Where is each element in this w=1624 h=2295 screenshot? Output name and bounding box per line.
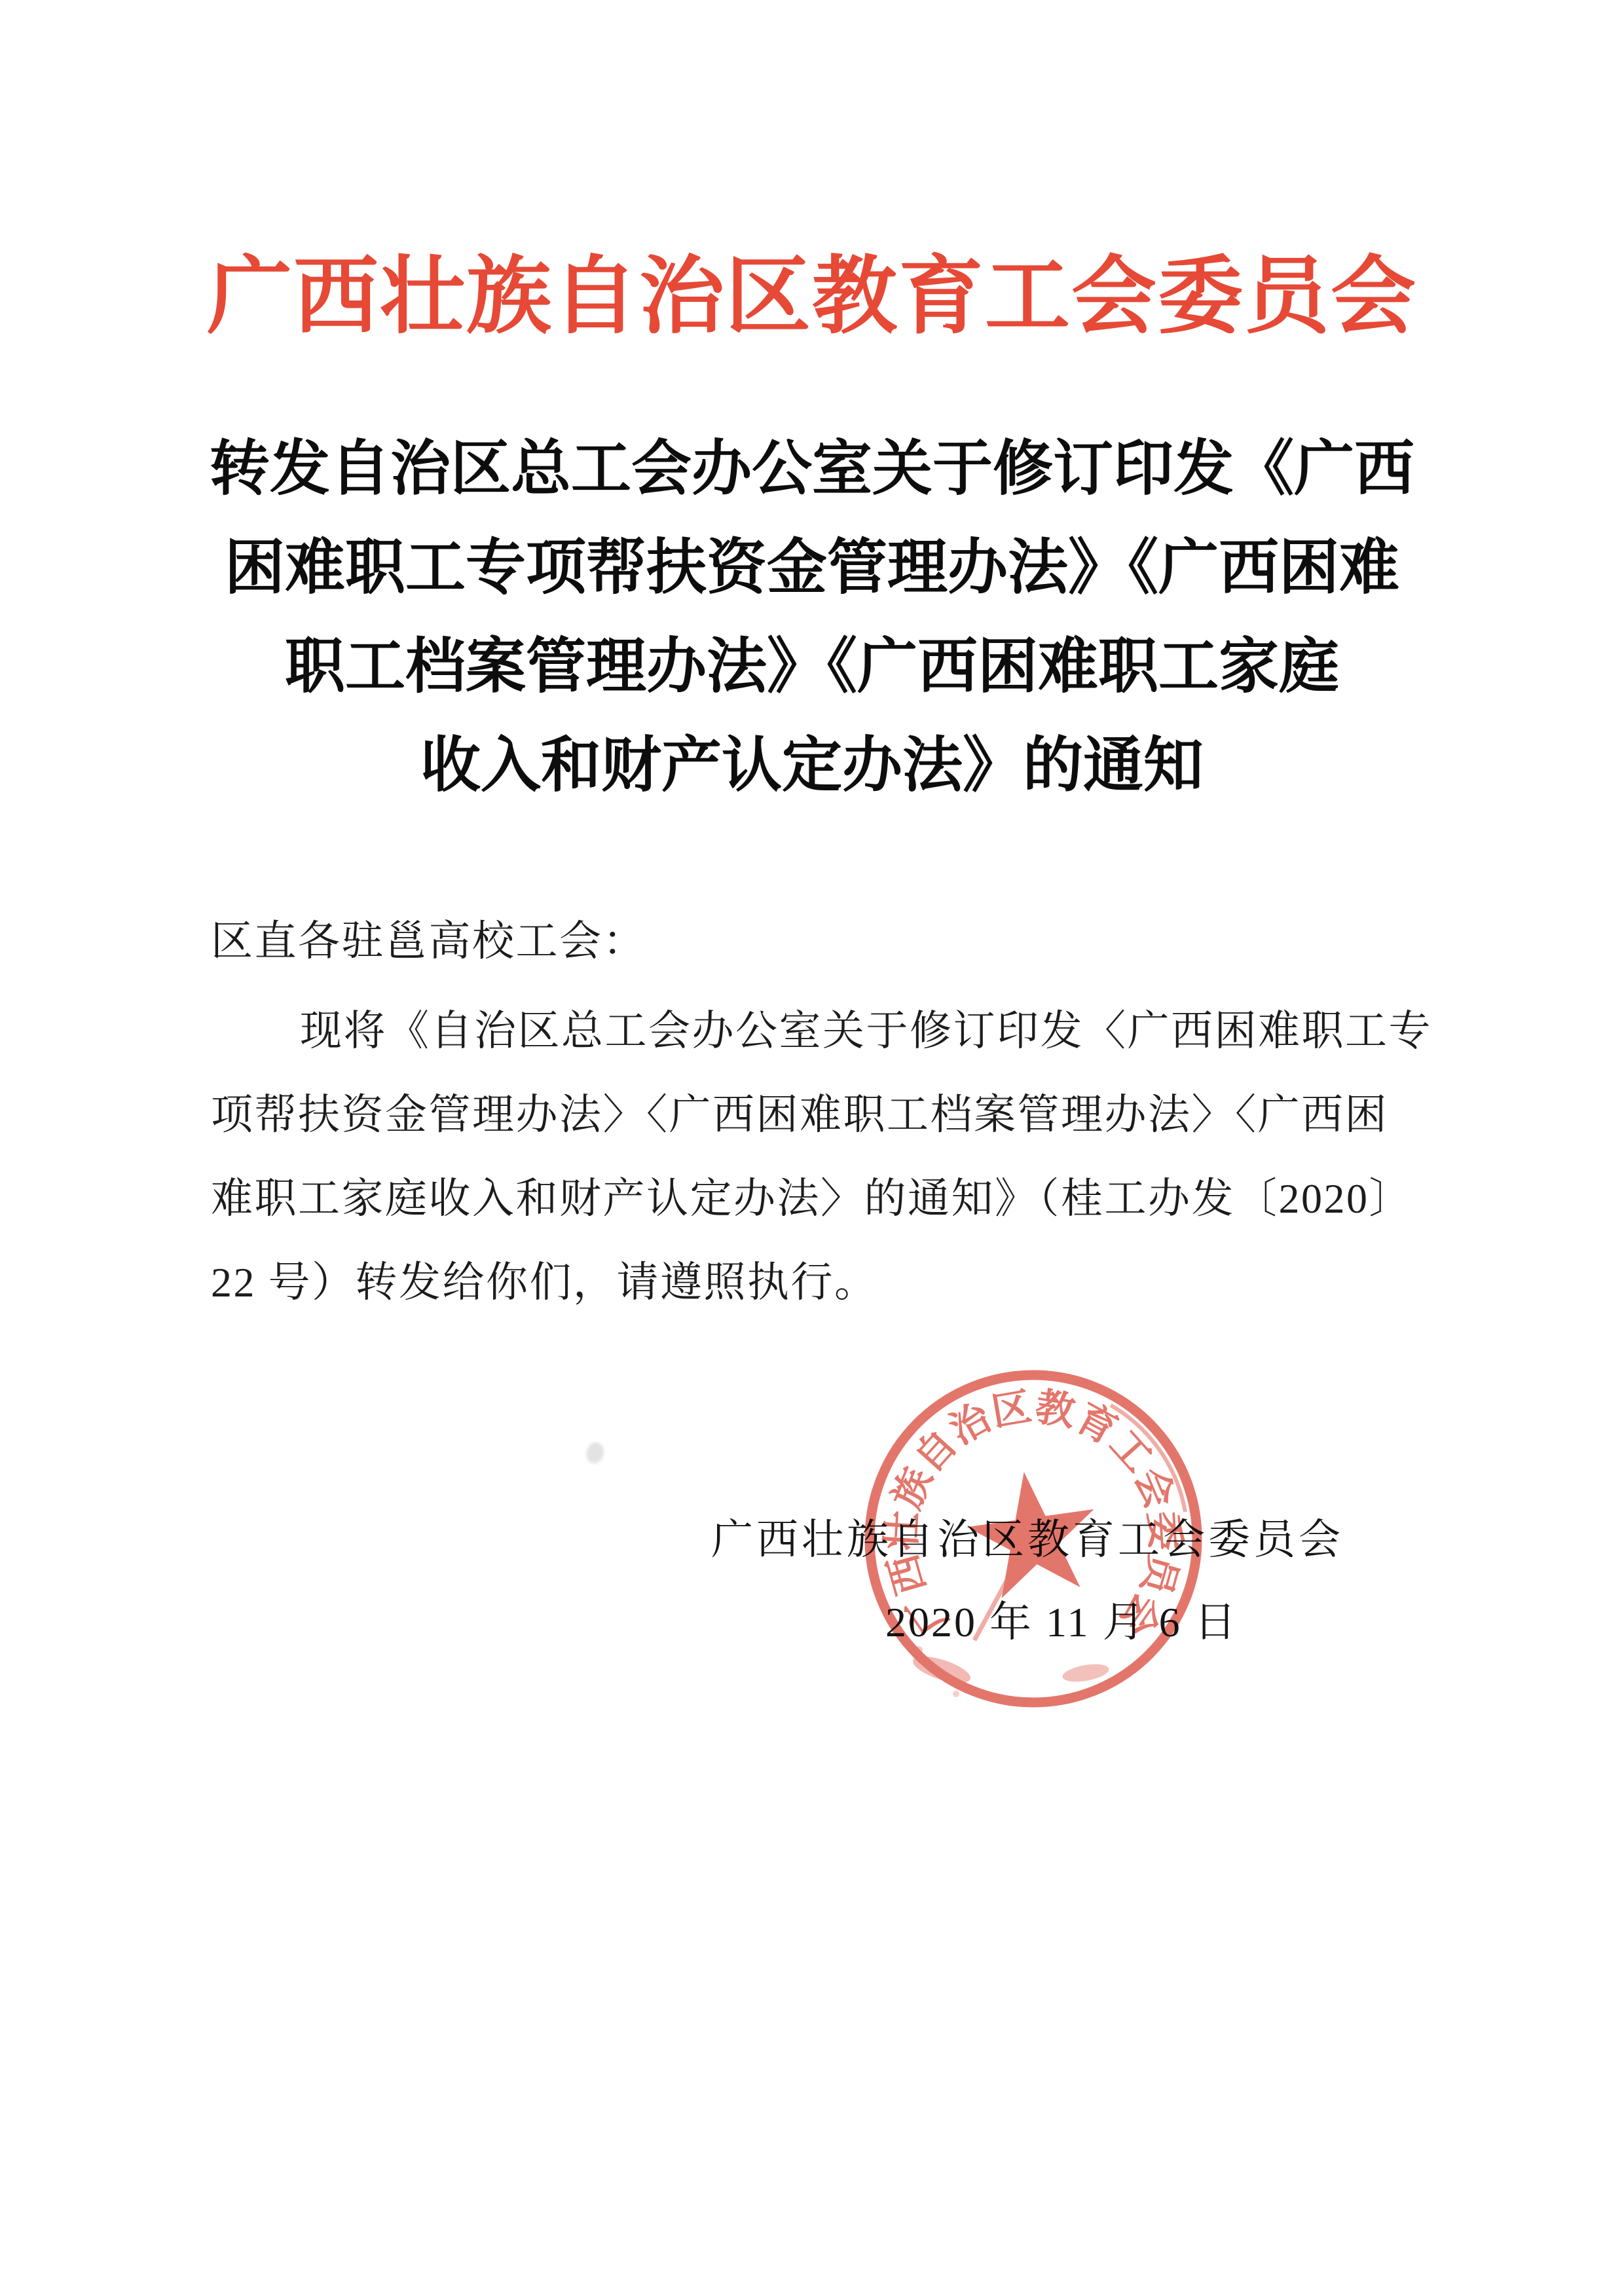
body-paragraph: 现将《自治区总工会办公室关于修订印发〈广西困难职工专 项帮扶资金管理办法〉〈广西… <box>211 989 1422 1325</box>
document-body: 区直各驻邕高校工会： 现将《自治区总工会办公室关于修订印发〈广西困难职工专 项帮… <box>211 900 1422 1325</box>
seal-ink-speck <box>953 1691 959 1697</box>
document-title: 转发自治区总工会办公室关于修订印发《广西 困难职工专项帮扶资金管理办法》《广西困… <box>0 420 1624 815</box>
seal-ring-char: 委 <box>1141 1510 1187 1552</box>
scan-smudge <box>583 1440 608 1466</box>
seal-ring-char: 壮 <box>880 1510 926 1552</box>
paragraph-line-4: 22 号）转发给你们，请遵照执行。 <box>211 1241 1422 1325</box>
salutation: 区直各驻邕高校工会： <box>211 900 1422 983</box>
document-title-line-1: 转发自治区总工会办公室关于修订印发《广西 <box>0 420 1624 519</box>
paragraph-line-2: 项帮扶资金管理办法〉〈广西困难职工档案管理办法〉〈广西困 <box>211 1073 1422 1157</box>
seal-star-icon <box>961 1463 1105 1602</box>
seal-ink-scratch <box>974 1571 1012 1640</box>
seal-ink-speck <box>915 1646 923 1654</box>
seal-ring-char: 区 <box>989 1385 1035 1434</box>
document-title-line-4: 收入和财产认定办法》的通知 <box>0 716 1624 815</box>
document-title-line-2: 困难职工专项帮扶资金管理办法》《广西困难 <box>0 519 1624 617</box>
letterhead-title: 广西壮族自治区教育工会委员会 <box>0 251 1624 344</box>
seal-ink-blob <box>1061 1661 1110 1685</box>
document-title-line-3: 职工档案管理办法》《广西困难职工家庭 <box>0 617 1624 716</box>
paragraph-line-1: 现将《自治区总工会办公室关于修订印发〈广西困难职工专 <box>211 989 1422 1073</box>
document-page: 广西壮族自治区教育工会委员会 转发自治区总工会办公室关于修订印发《广西 困难职工… <box>0 0 1624 2295</box>
paragraph-line-3: 难职工家庭收入和财产认定办法〉的通知》（桂工办发〔2020〕 <box>211 1157 1422 1241</box>
official-seal-stamp: 广 西 壮 族 自 治 区 教 育 工 会 委 员 会 <box>857 1362 1210 1716</box>
